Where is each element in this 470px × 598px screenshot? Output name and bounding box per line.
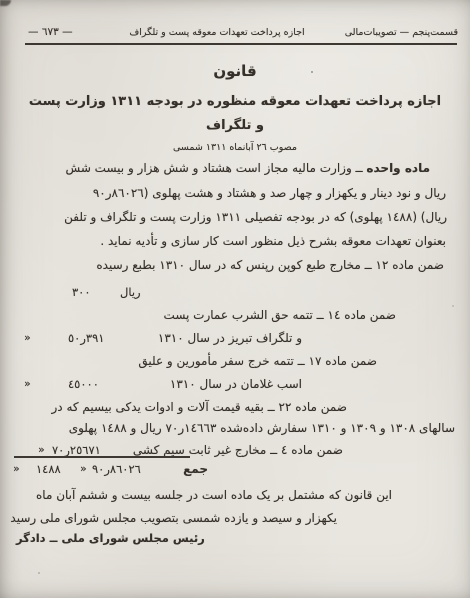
header-section-label: قسمت‌پنجم — تصویبات‌مالی	[345, 26, 458, 39]
item22-text-line1: ضمن ماده ٢٢ ــ بقیه قیمت آلات و ادوات ید…	[51, 399, 347, 415]
header-rule	[25, 43, 457, 45]
item22-text-line2: سالهای ١٣٠٨ و ١٣٠٩ و ١٣١٠ سفارش داده‌شده…	[69, 420, 455, 436]
article-lead: ماده واحده	[366, 161, 430, 175]
total-pahlavi-ditto-mark: «	[13, 461, 20, 477]
item14-amount: ٣٩١ر٥٠	[68, 330, 104, 346]
law-heading: قانون	[0, 63, 470, 79]
header-page-number: — ٦٧٣ —	[28, 26, 73, 39]
scan-speck	[311, 71, 313, 73]
scanned-document-page: قسمت‌پنجم — تصویبات‌مالی اجازه پرداخت تع…	[0, 0, 470, 598]
signature-line: رئیس مجلس شورای ملی ــ دادگر	[16, 530, 205, 546]
article-line2-text: ریال و نود دینار و یکهزار و چهار صد و هش…	[144, 186, 446, 200]
enactment-date: مصوب ٢٦ آبانماه ١٣١١ شمسی	[0, 140, 470, 156]
article-line3: ریال) (١٤٨٨ پهلوی) که در بودجه تفصیلی ١٣…	[64, 209, 447, 225]
article-line1-rest: ــ وزارت مالیه مجاز است هشتاد و شش هزار …	[66, 161, 367, 175]
scan-smudge-corner	[0, 0, 11, 6]
item17-ditto-mark: «	[24, 376, 31, 392]
article-line2: ریال و نود دینار و یکهزار و چهار صد و هش…	[93, 185, 446, 201]
item12-amount: ٣٠٠	[72, 284, 91, 300]
item12-unit: ریال	[120, 284, 141, 300]
closing-line1: این قانون که مشتمل بر یک ماده است در جلس…	[36, 487, 392, 503]
item14-text-line1: ضمن ماده ١٤ ــ تتمه حق الشرب عمارت پست	[164, 307, 396, 323]
item14-text-line2: و تلگراف تبریز در سال ١٣١٠	[158, 330, 302, 346]
law-title-line1: اجازه پرداخت تعهدات معوقه منظوره در بودج…	[0, 94, 470, 110]
item12-text: ضمن ماده ١٢ ــ مخارج طبع کوپن رپنس که در…	[96, 257, 444, 273]
total-pahlavi-amount: ١٤٨٨	[36, 461, 61, 477]
law-title-line2: و تلگراف	[0, 118, 470, 134]
item17-text-line1: ضمن ماده ١٧ ــ تتمه خرج سفر مأمورین و عل…	[138, 353, 377, 369]
total-rial-amount: ٨٦٠٢٦ر٩٠	[92, 461, 141, 477]
item22-amount: ١٤٦٦٣ر٧٠	[165, 421, 216, 435]
item22-line2-pre: سالهای ١٣٠٨ و ١٣٠٩ و ١٣١٠ سفارش داده‌شده	[216, 421, 455, 435]
article-line4: بعنوان تعهدات معوقه بشرح ذیل منظور است ک…	[100, 233, 446, 249]
article-line2-amount: ٨٦٠٢٦ر٩٠	[93, 186, 144, 200]
item22-line2-post: ریال و ١٤٨٨ پهلوی	[69, 421, 166, 435]
item17-amount: ٤٥٠٠٠	[68, 376, 99, 392]
scan-speck	[452, 305, 454, 307]
item14-ditto-mark: «	[24, 330, 31, 346]
total-label: جمع	[183, 461, 208, 477]
article-line1: ماده واحده ــ وزارت مالیه مجاز است هشتاد…	[66, 160, 430, 176]
item17-text-line2: اسب غلامان در سال ١٣١٠	[170, 376, 302, 392]
scan-speck	[38, 572, 40, 574]
closing-line2: یکهزار و سیصد و یازده شمسی بتصویب مجلس ش…	[10, 510, 337, 526]
total-rule	[14, 456, 190, 458]
header-running-title: اجازه پرداخت تعهدات معوقه پست و تلگراف	[92, 26, 342, 39]
total-rial-ditto-mark: «	[80, 461, 87, 477]
